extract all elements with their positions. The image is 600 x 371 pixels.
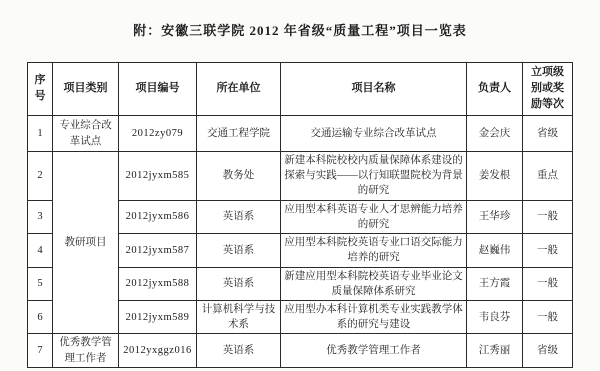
cell-leader: 姜发根 xyxy=(467,152,523,201)
cell-name: 交通运输专业综合改革试点 xyxy=(281,116,467,152)
cell-no: 7 xyxy=(28,334,53,367)
cell-level: 一般 xyxy=(523,234,573,267)
cell-level: 一般 xyxy=(523,200,573,233)
table-header-row: 序号 项目类别 项目编号 所在单位 项目名称 负责人 立项级别或奖励等次 xyxy=(28,63,573,116)
header-no: 序号 xyxy=(28,63,53,116)
cell-leader: 韦良芬 xyxy=(467,300,523,333)
cell-category: 专业综合改革试点 xyxy=(53,116,119,152)
cell-category-merged: 教研项目 xyxy=(53,152,119,334)
header-leader: 负责人 xyxy=(467,63,523,116)
cell-category: 优秀教学管理工作者 xyxy=(53,334,119,367)
cell-level: 省级 xyxy=(523,116,573,152)
cell-code: 2012jyxm588 xyxy=(119,267,197,300)
cell-code: 2012jyxm585 xyxy=(119,152,197,201)
cell-unit: 英语系 xyxy=(197,200,281,233)
table-row: 2 教研项目 2012jyxm585 教务处 新建本科院校校内质量保障体系建设的… xyxy=(28,152,573,201)
cell-code: 2012jyxm587 xyxy=(119,234,197,267)
cell-name: 应用型本科英语专业人才思辨能力培养的研究 xyxy=(281,200,467,233)
cell-code: 2012zy079 xyxy=(119,116,197,152)
cell-no: 3 xyxy=(28,200,53,233)
cell-name: 新建应用型本科院校英语专业毕业论文质量保障体系研究 xyxy=(281,267,467,300)
cell-no: 5 xyxy=(28,267,53,300)
cell-level: 重点 xyxy=(523,152,573,201)
cell-leader: 赵巍伟 xyxy=(467,234,523,267)
cell-code: 2012yxggz016 xyxy=(119,334,197,367)
cell-unit: 英语系 xyxy=(197,234,281,267)
page-title: 附：安徽三联学院 2012 年省级“质量工程”项目一览表 xyxy=(0,20,600,39)
cell-name: 应用型办本科计算机类专业实践教学体系的研究与建设 xyxy=(281,300,467,333)
cell-name: 优秀教学管理工作者 xyxy=(281,334,467,367)
cell-no: 2 xyxy=(28,152,53,201)
cell-unit: 英语系 xyxy=(197,334,281,367)
table-row: 7 优秀教学管理工作者 2012yxggz016 英语系 优秀教学管理工作者 江… xyxy=(28,334,573,367)
cell-leader: 江秀丽 xyxy=(467,334,523,367)
cell-no: 4 xyxy=(28,234,53,267)
cell-name: 应用型本科院校英语专业口语交际能力培养的研究 xyxy=(281,234,467,267)
cell-no: 6 xyxy=(28,300,53,333)
cell-level: 一般 xyxy=(523,300,573,333)
header-name: 项目名称 xyxy=(281,63,467,116)
header-code: 项目编号 xyxy=(119,63,197,116)
cell-leader: 金会庆 xyxy=(467,116,523,152)
header-category: 项目类别 xyxy=(53,63,119,116)
cell-unit: 英语系 xyxy=(197,267,281,300)
cell-level: 省级 xyxy=(523,334,573,367)
cell-code: 2012jyxm589 xyxy=(119,300,197,333)
cell-no: 1 xyxy=(28,116,53,152)
cell-leader: 王方霞 xyxy=(467,267,523,300)
header-unit: 所在单位 xyxy=(197,63,281,116)
cell-code: 2012jyxm586 xyxy=(119,200,197,233)
cell-unit: 交通工程学院 xyxy=(197,116,281,152)
cell-leader: 王华珍 xyxy=(467,200,523,233)
table-row: 1 专业综合改革试点 2012zy079 交通工程学院 交通运输专业综合改革试点… xyxy=(28,116,573,152)
cell-level: 一般 xyxy=(523,267,573,300)
header-level: 立项级别或奖励等次 xyxy=(523,63,573,116)
cell-unit: 教务处 xyxy=(197,152,281,201)
projects-table: 序号 项目类别 项目编号 所在单位 项目名称 负责人 立项级别或奖励等次 1 专… xyxy=(27,62,573,368)
cell-name: 新建本科院校校内质量保障体系建设的探索与实践——以行知联盟院校为背景的研究 xyxy=(281,152,467,201)
cell-unit: 计算机科学与技术系 xyxy=(197,300,281,333)
